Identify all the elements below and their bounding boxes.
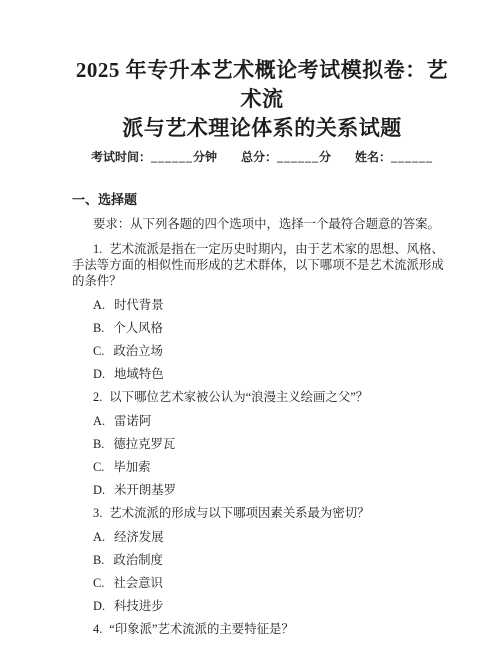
exam-paper-page: 2025 年专升本艺术概论考试模拟卷：艺术流 派与艺术理论体系的关系试题 考试时… [0, 0, 500, 647]
question-2-option-a: A.雷诺阿 [93, 413, 452, 429]
question-3-option-c: C.社会意识 [93, 575, 452, 591]
total-score-blank: ______ [277, 150, 319, 164]
option-letter: A. [93, 414, 105, 428]
total-score-label: 总分： [241, 150, 277, 164]
question-1-text: 艺术流派是指在一定历史时期内，由于艺术家的思想、风格、手法等方面的相似性而形成的… [72, 242, 444, 288]
exam-info-line: 考试时间：______分钟总分：______分姓名：______ [72, 149, 452, 166]
question-1-option-d: D.地域特色 [93, 366, 452, 382]
question-2: 2.以下哪位艺术家被公认为“浪漫主义绘画之父”？ [72, 389, 452, 405]
exam-time-blank: ______ [151, 150, 193, 164]
question-4: 4.“印象派”艺术流派的主要特征是？ [72, 621, 452, 637]
question-1-option-b: B.个人风格 [93, 320, 452, 336]
option-text: 科技进步 [114, 599, 164, 613]
question-2-option-d: D.米开朗基罗 [93, 482, 452, 498]
exam-title-line-1: 2025 年专升本艺术概论考试模拟卷：艺术流 [72, 56, 452, 114]
question-2-option-b: B.德拉克罗瓦 [93, 436, 452, 452]
question-2-option-c: C.毕加索 [93, 459, 452, 475]
question-2-number: 2. [93, 390, 102, 404]
info-name: 姓名：______ [355, 149, 433, 166]
option-text: 地域特色 [114, 367, 164, 381]
question-3-option-b: B.政治制度 [93, 552, 452, 568]
info-total-score: 总分：______分 [241, 149, 331, 166]
section-heading-choice-questions: 一、选择题 [72, 192, 452, 208]
question-3-text: 艺术流派的形成与以下哪项因素关系最为密切？ [109, 506, 369, 520]
question-1-option-a: A.时代背景 [93, 297, 452, 313]
option-letter: C. [93, 344, 104, 358]
option-text: 时代背景 [114, 298, 164, 312]
option-text: 社会意识 [113, 576, 163, 590]
exam-time-unit: 分钟 [193, 150, 217, 164]
question-4-number: 4. [93, 622, 102, 636]
exam-time-label: 考试时间： [91, 150, 151, 164]
option-text: 毕加索 [113, 460, 150, 474]
question-3-number: 3. [93, 506, 102, 520]
option-letter: B. [93, 437, 104, 451]
option-text: 雷诺阿 [114, 414, 151, 428]
option-letter: B. [93, 321, 104, 335]
question-1-number: 1. [93, 242, 102, 256]
option-letter: C. [93, 576, 104, 590]
question-3-option-d: D.科技进步 [93, 598, 452, 614]
option-letter: D. [93, 367, 105, 381]
question-2-text: 以下哪位艺术家被公认为“浪漫主义绘画之父”？ [109, 390, 368, 404]
question-3: 3.艺术流派的形成与以下哪项因素关系最为密切？ [72, 505, 452, 521]
option-text: 个人风格 [113, 321, 163, 335]
exam-title: 2025 年专升本艺术概论考试模拟卷：艺术流 派与艺术理论体系的关系试题 [72, 56, 452, 143]
option-text: 米开朗基罗 [114, 483, 176, 497]
question-1: 1.艺术流派是指在一定历史时期内，由于艺术家的思想、风格、手法等方面的相似性而形… [72, 241, 452, 289]
option-letter: A. [93, 298, 105, 312]
option-text: 政治制度 [113, 553, 163, 567]
question-4-text: “印象派”艺术流派的主要特征是？ [109, 622, 293, 636]
name-blank: ______ [391, 150, 433, 164]
total-score-unit: 分 [319, 150, 331, 164]
option-text: 经济发展 [114, 530, 164, 544]
section-requirement: 要求：从下列各题的四个选项中，选择一个最符合题意的答案。 [72, 216, 452, 232]
option-letter: A. [93, 530, 105, 544]
info-exam-time: 考试时间：______分钟 [91, 149, 217, 166]
question-3-option-a: A.经济发展 [93, 529, 452, 545]
option-letter: C. [93, 460, 104, 474]
option-text: 政治立场 [113, 344, 163, 358]
exam-title-line-2: 派与艺术理论体系的关系试题 [72, 114, 452, 143]
option-letter: D. [93, 483, 105, 497]
question-1-option-c: C.政治立场 [93, 343, 452, 359]
name-label: 姓名： [355, 150, 391, 164]
option-letter: D. [93, 599, 105, 613]
option-letter: B. [93, 553, 104, 567]
option-text: 德拉克罗瓦 [113, 437, 175, 451]
